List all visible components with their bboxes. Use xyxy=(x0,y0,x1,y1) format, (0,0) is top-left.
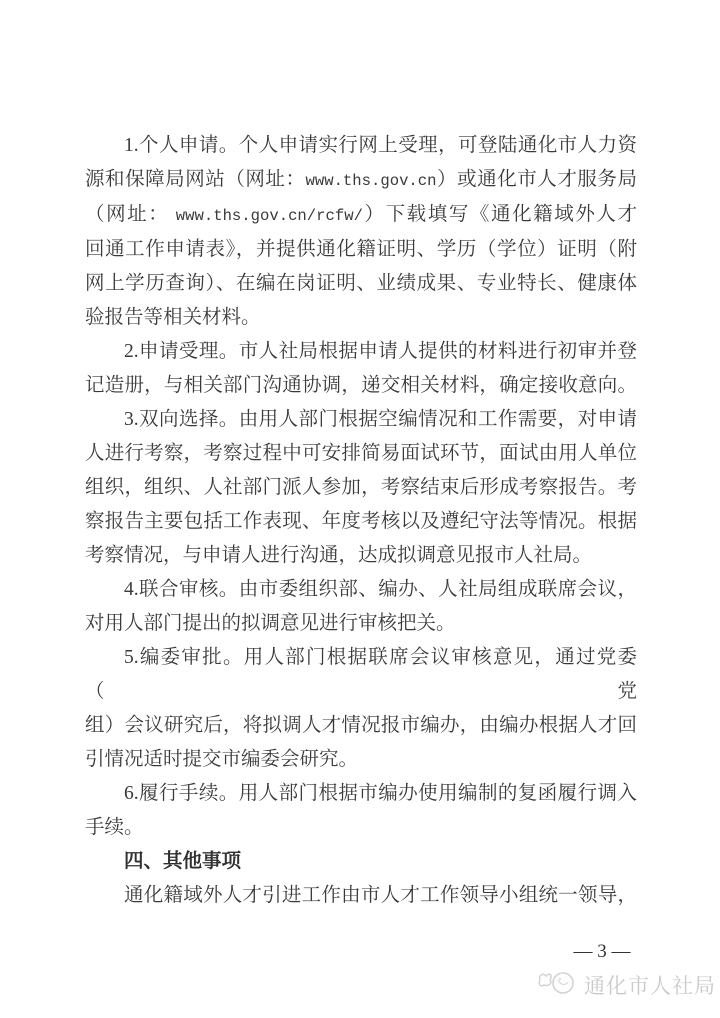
paragraph: 四、其他事项 xyxy=(85,845,637,879)
document-line: 回通工作申请表》，并提供通化籍证明、学历（学位）证明（附 xyxy=(85,233,637,267)
document-line: 引情况适时提交市编委会研究。 xyxy=(85,743,637,777)
document-line: （网址： www.ths.gov.cn/rcfw/）下载填写《通化籍域外人才 xyxy=(85,198,637,233)
document-line: 6.履行手续。用人部门根据市编办使用编制的复函履行调入 xyxy=(85,777,637,811)
document-line: 察报告主要包括工作表现、年度考核以及遵纪守法等情况。根据 xyxy=(85,505,637,539)
document-line: 2.申请受理。市人社局根据申请人提供的材料进行初审并登 xyxy=(85,335,637,369)
document-line: 3.双向选择。由用人部门根据空编情况和工作需要，对申请 xyxy=(85,403,637,437)
document-line: 1.个人申请。个人申请实行网上受理，可登陆通化市人力资 xyxy=(85,129,637,163)
document-line: 考察情况，与申请人进行沟通，达成拟调意见报市人社局。 xyxy=(85,539,637,573)
document-page: 1.个人申请。个人申请实行网上受理，可登陆通化市人力资源和保障局网站（网址：ww… xyxy=(0,0,720,1018)
paragraph: 5.编委审批。用人部门根据联席会议审核意见，通过党委（党组）会议研究后，将拟调人… xyxy=(85,641,637,777)
document-line: 网上学历查询）、在编在岗证明、业绩成果、专业特长、健康体 xyxy=(85,267,637,301)
document-line: 5.编委审批。用人部门根据联席会议审核意见，通过党委（党 xyxy=(85,641,637,709)
document-line: 4.联合审核。由市委组织部、编办、人社局组成联席会议， xyxy=(85,573,637,607)
document-line: 手续。 xyxy=(85,811,637,845)
paragraph: 1.个人申请。个人申请实行网上受理，可登陆通化市人力资源和保障局网站（网址：ww… xyxy=(85,129,637,335)
document-line: 组织，组织、人社部门派人参加，考察结束后形成考察报告。考 xyxy=(85,471,637,505)
url-text: www.ths.gov.cn xyxy=(306,172,437,190)
paragraph: 4.联合审核。由市委组织部、编办、人社局组成联席会议，对用人部门提出的拟调意见进… xyxy=(85,573,637,641)
paragraph: 通化籍域外人才引进工作由市人才工作领导小组统一领导， xyxy=(85,879,637,913)
document-body: 1.个人申请。个人申请实行网上受理，可登陆通化市人力资源和保障局网站（网址：ww… xyxy=(85,129,637,913)
section-heading: 四、其他事项 xyxy=(85,845,637,879)
url-text: www.ths.gov.cn/rcfw/ xyxy=(176,207,363,225)
bird-logo-icon xyxy=(535,967,577,1003)
document-line: 人进行考察，考察过程中可安排简易面试环节，面试由用人单位 xyxy=(85,437,637,471)
paragraph: 6.履行手续。用人部门根据市编办使用编制的复函履行调入手续。 xyxy=(85,777,637,845)
document-line: 组）会议研究后，将拟调人才情况报市编办，由编办根据人才回 xyxy=(85,709,637,743)
document-line: 验报告等相关材料。 xyxy=(85,301,637,335)
document-line: 对用人部门提出的拟调意见进行审核把关。 xyxy=(85,607,637,641)
watermark-label: 通化市人社局 xyxy=(584,970,716,1000)
paragraph: 2.申请受理。市人社局根据申请人提供的材料进行初审并登记造册，与相关部门沟通协调… xyxy=(85,335,637,403)
page-number: — 3 — xyxy=(568,941,636,963)
document-line: 记造册，与相关部门沟通协调，递交相关材料，确定接收意向。 xyxy=(85,369,637,403)
paragraph: 3.双向选择。由用人部门根据空编情况和工作需要，对申请人进行考察，考察过程中可安… xyxy=(85,403,637,573)
watermark: 通化市人社局 xyxy=(535,967,716,1003)
document-line: 通化籍域外人才引进工作由市人才工作领导小组统一领导， xyxy=(85,879,637,913)
document-line: 源和保障局网站（网址：www.ths.gov.cn）或通化市人才服务局 xyxy=(85,163,637,198)
